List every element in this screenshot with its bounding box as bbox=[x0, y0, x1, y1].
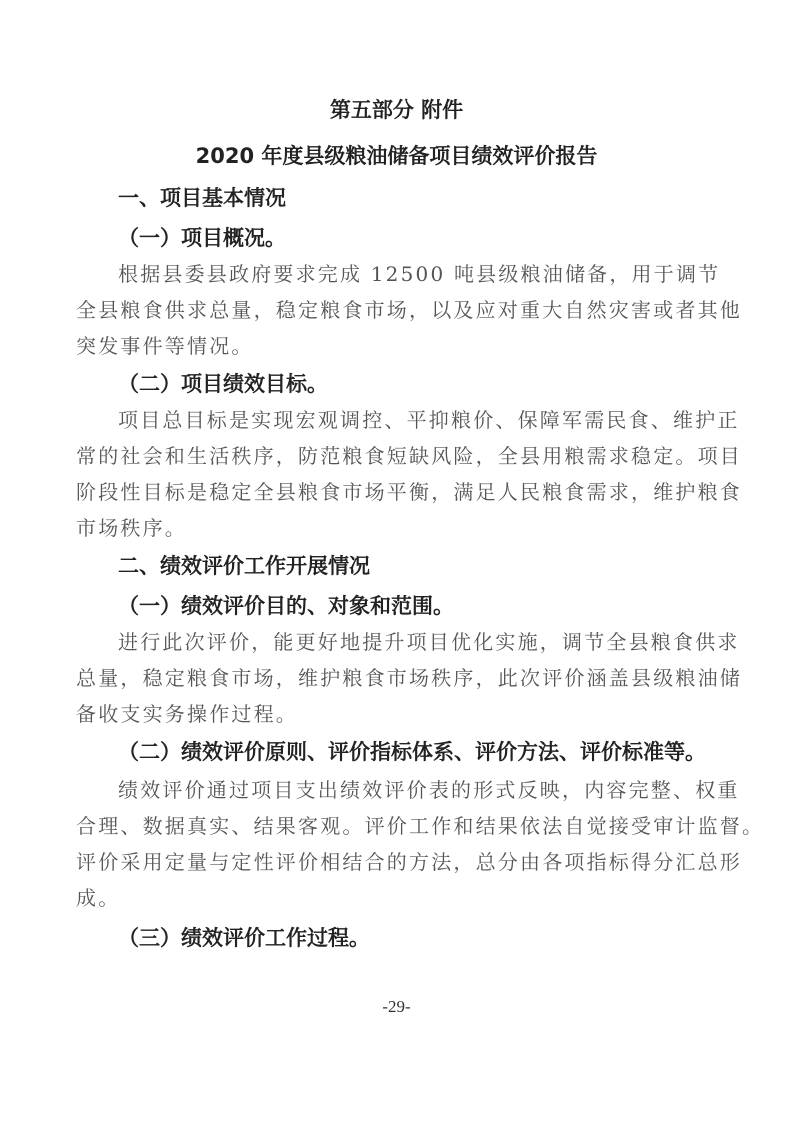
section-2-heading: 二、绩效评价工作开展情况 bbox=[118, 550, 370, 580]
section-2-1-heading: （一）绩效评价目的、对象和范围。 bbox=[118, 590, 454, 620]
part-heading: 第五部分 附件 bbox=[0, 94, 793, 124]
paragraph-line: 备收支实务操作过程。 bbox=[76, 698, 298, 727]
paragraph-line: 突发事件等情况。 bbox=[76, 330, 254, 359]
paragraph-line: 评价采用定量与定性评价相结合的方法，总分由各项指标得分汇总形 bbox=[76, 846, 742, 875]
paragraph-line: 合理、数据真实、结果客观。评价工作和结果依法自觉接受审计监督。 bbox=[76, 810, 764, 839]
paragraph-line: 常的社会和生活秩序，防范粮食短缺风险，全县用粮需求稳定。项目 bbox=[76, 440, 742, 469]
paragraph-line: 市场秩序。 bbox=[76, 512, 187, 541]
paragraph-line: 成。 bbox=[76, 882, 120, 911]
paragraph-line: 总量，稳定粮食市场，维护粮食市场秩序，此次评价涵盖县级粮油储 bbox=[76, 662, 742, 691]
section-1-1-heading: （一）项目概况。 bbox=[118, 222, 286, 252]
paragraph-line: 项目总目标是实现宏观调控、平抑粮价、保障军需民食、维护正 bbox=[118, 404, 740, 433]
section-2-3-heading: （三）绩效评价工作过程。 bbox=[118, 922, 370, 952]
paragraph-line: 全县粮食供求总量，稳定粮食市场，以及应对重大自然灾害或者其他 bbox=[76, 294, 742, 323]
paragraph-line: 阶段性目标是稳定全县粮食市场平衡，满足人民粮食需求，维护粮食 bbox=[76, 476, 742, 505]
paragraph-line: 进行此次评价，能更好地提升项目优化实施，调节全县粮食供求 bbox=[118, 626, 740, 655]
section-1-heading: 一、项目基本情况 bbox=[118, 182, 286, 212]
paragraph-line: 根据县委县政府要求完成 12500 吨县级粮油储备，用于调节 bbox=[118, 258, 720, 287]
paragraph-line: 绩效评价通过项目支出绩效评价表的形式反映，内容完整、权重 bbox=[118, 774, 740, 803]
section-2-2-heading: （二）绩效评价原则、评价指标体系、评价方法、评价标准等。 bbox=[118, 736, 706, 766]
page-number: -29- bbox=[0, 997, 793, 1017]
section-1-2-heading: （二）项目绩效目标。 bbox=[118, 368, 328, 398]
report-title: 2020 年度县级粮油储备项目绩效评价报告 bbox=[0, 140, 793, 170]
